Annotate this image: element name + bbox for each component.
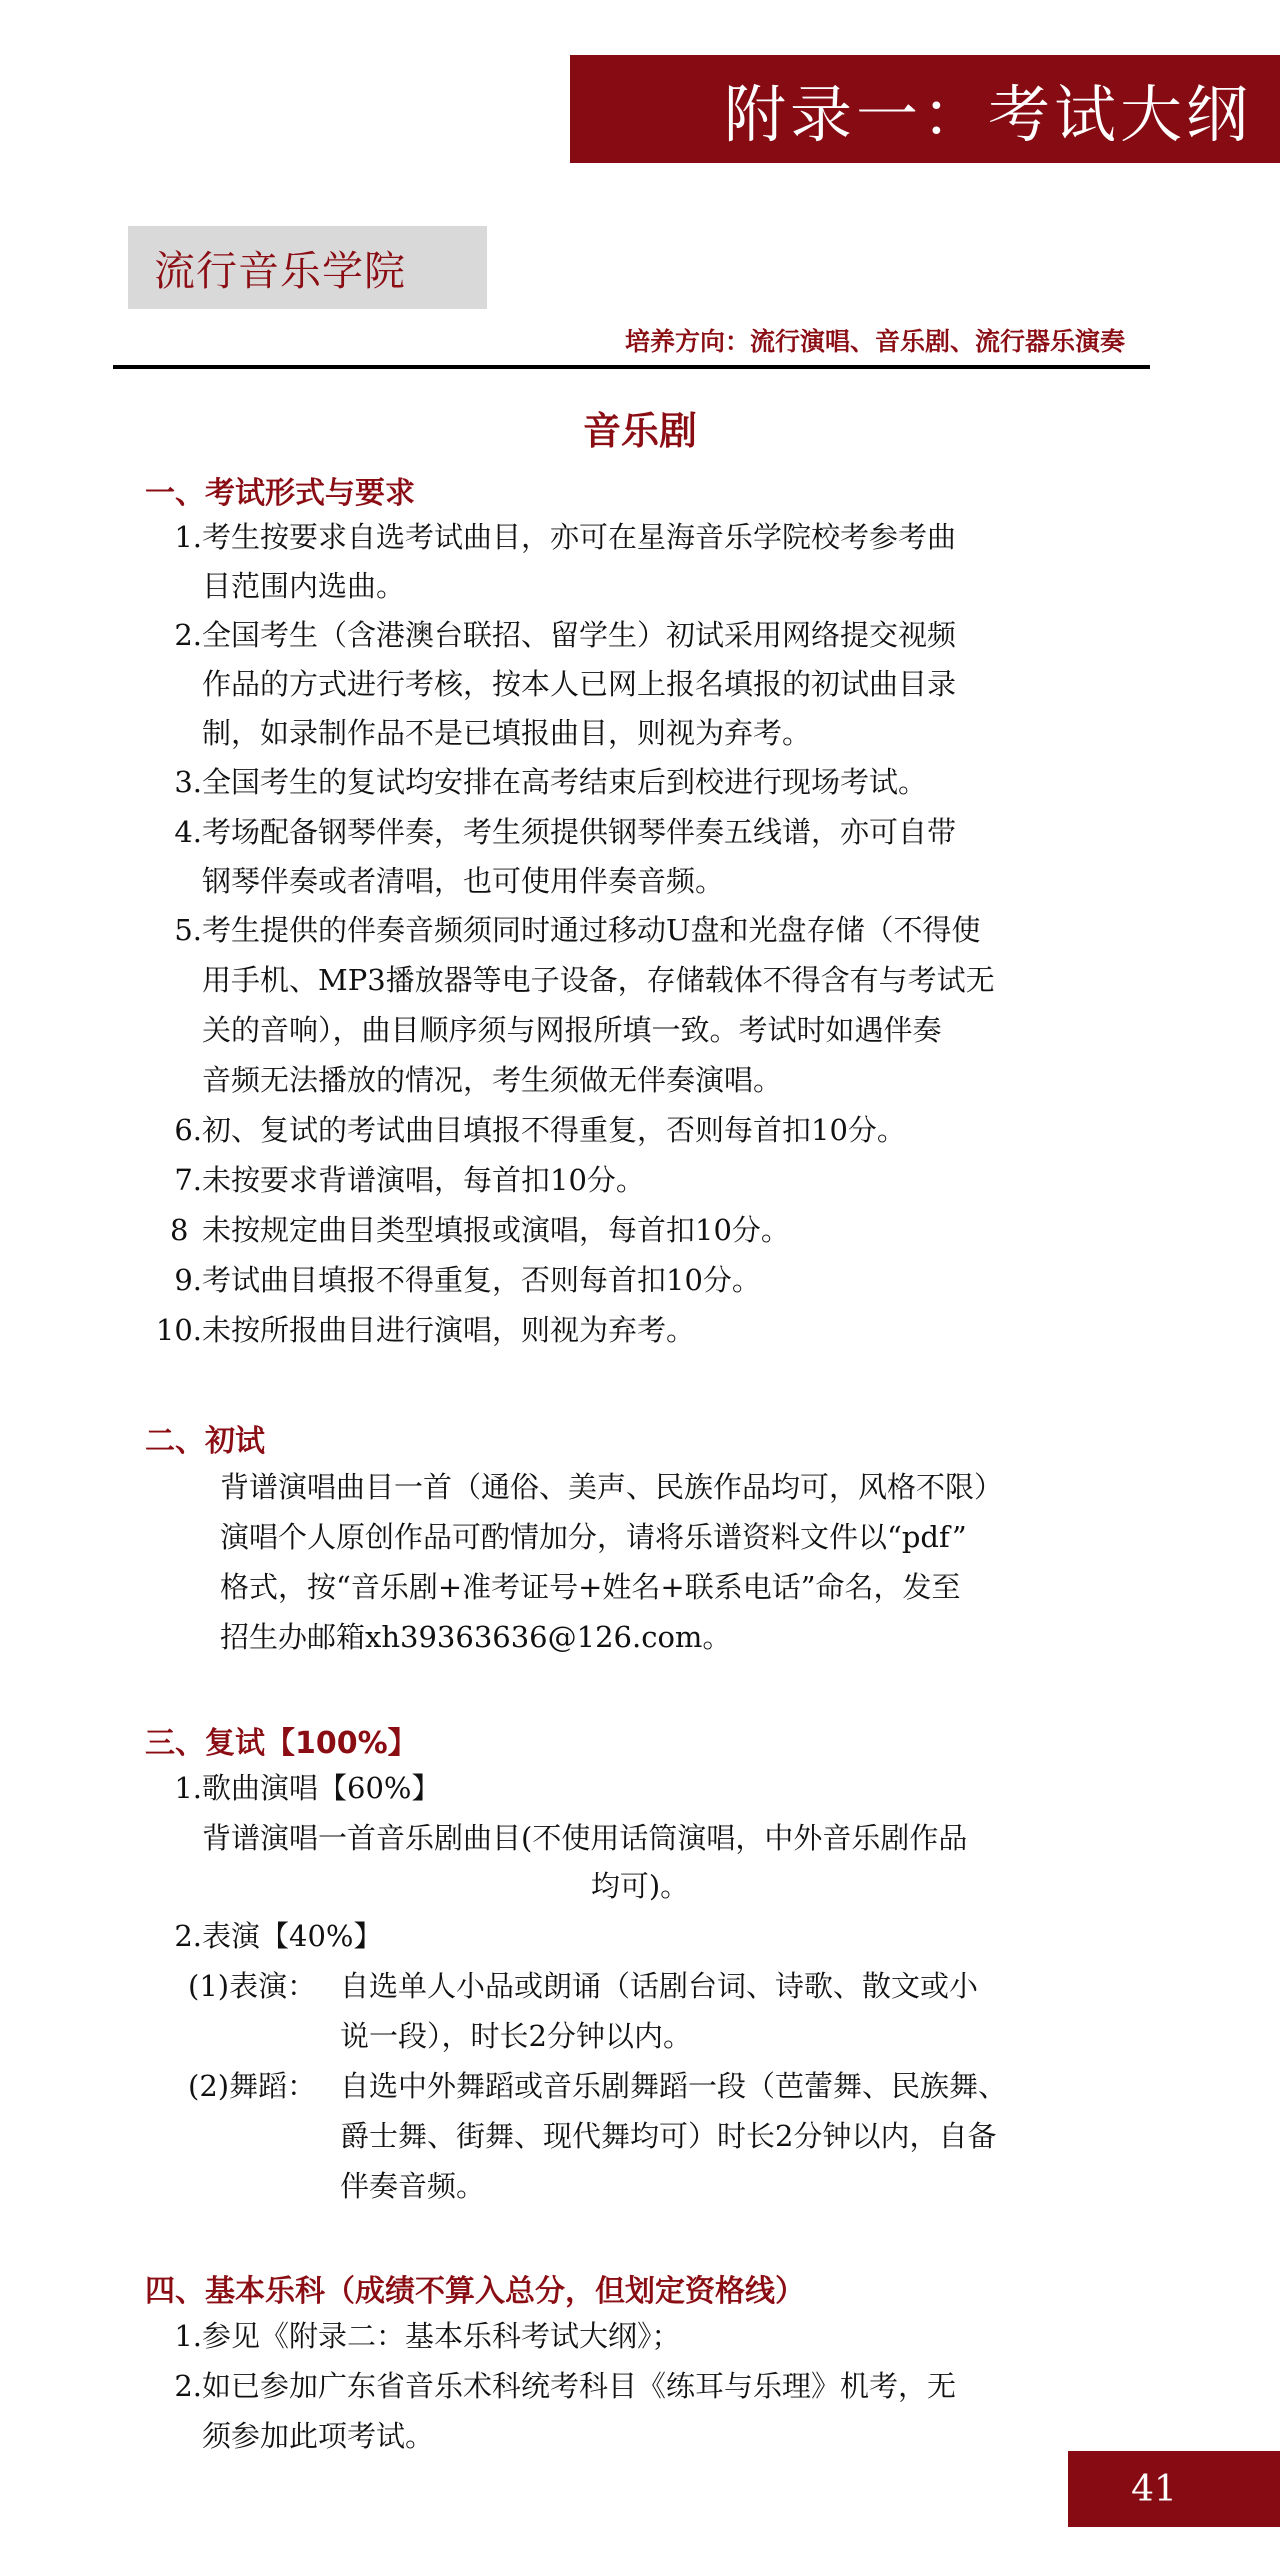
paragraph-line: 格式，按“音乐剧+准考证号+姓名+联系电话”命名，发至: [220, 1567, 961, 1607]
list-item: 3.全国考生的复试均安排在高考结束后到校进行现场考试。: [160, 762, 927, 802]
list-item-continuation: 用手机、MP3播放器等电子设备，存储载体不得含有与考试无: [202, 960, 995, 1000]
subsection-title: 1.歌曲演唱【60%】: [160, 1768, 440, 1808]
paragraph-line: 均可)。: [0, 1866, 1280, 1906]
list-item: 5.考生提供的伴奏音频须同时通过移动U盘和光盘存储（不得使: [160, 910, 980, 950]
sub-item-label: (2)舞蹈：: [188, 2066, 316, 2106]
section-heading-4: 四、基本乐科（成绩不算入总分，但划定资格线）: [145, 2266, 805, 2310]
appendix-banner: 附录一：考试大纲: [570, 55, 1280, 163]
school-name: 流行音乐学院: [154, 238, 406, 297]
list-item: 1.参见《附录二：基本乐科考试大纲》；: [160, 2316, 681, 2356]
list-item-continuation: 钢琴伴奏或者清唱，也可使用伴奏音频。: [202, 861, 724, 901]
list-item: 2.全国考生（含港澳台联招、留学生）初试采用网络提交视频: [160, 615, 956, 655]
list-item-continuation: 制，如录制作品不是已填报曲目，则视为弃考。: [202, 713, 811, 753]
section-heading-1: 一、考试形式与要求: [145, 468, 415, 512]
list-item: 1.考生按要求自选考试曲目，亦可在星海音乐学院校考参考曲: [160, 517, 956, 557]
list-item: 10.未按所报曲目进行演唱，则视为弃考。: [146, 1310, 695, 1350]
sub-item-label: (1)表演：: [188, 1966, 316, 2006]
list-item-continuation: 作品的方式进行考核，按本人已网上报名填报的初试曲目录: [202, 664, 956, 704]
list-item-continuation: 须参加此项考试。: [202, 2416, 434, 2456]
list-item-continuation: 关的音响），曲目顺序须与网报所填一致。考试时如遇伴奏: [202, 1010, 942, 1050]
sub-item-line: 自选单人小品或朗诵（话剧台词、诗歌、散文或小: [340, 1966, 978, 2006]
sub-item-line: 自选中外舞蹈或音乐剧舞蹈一段（芭蕾舞、民族舞、: [340, 2066, 1007, 2106]
major-title: 音乐剧: [0, 400, 1280, 455]
list-item: 2.如已参加广东省音乐术科统考科目《练耳与乐理》机考，无: [160, 2366, 956, 2406]
sub-item-line: 爵士舞、街舞、现代舞均可）时长2分钟以内，自备: [340, 2116, 996, 2156]
list-item-continuation: 音频无法播放的情况，考生须做无伴奏演唱。: [202, 1060, 782, 1100]
sub-item-line: 说一段），时长2分钟以内。: [340, 2016, 692, 2056]
paragraph-line: 背谱演唱曲目一首（通俗、美声、民族作品均可，风格不限）: [220, 1467, 1003, 1507]
list-item: 7.未按要求背谱演唱，每首扣10分。: [160, 1160, 645, 1200]
list-item: 4.考场配备钢琴伴奏，考生须提供钢琴伴奏五线谱，亦可自带: [160, 812, 956, 852]
list-item: 6.初、复试的考试曲目填报不得重复，否则每首扣10分。: [160, 1110, 906, 1150]
paragraph-line: 演唱个人原创作品可酌情加分，请将乐谱资料文件以“pdf”: [220, 1517, 967, 1557]
section-heading-2: 二、初试: [145, 1416, 265, 1460]
section-heading-3: 三、复试【100%】: [145, 1718, 418, 1762]
school-label: 流行音乐学院: [128, 226, 487, 309]
sub-item-line: 伴奏音频。: [340, 2166, 485, 2206]
appendix-title: 附录一：考试大纲: [724, 65, 1252, 154]
header-divider: [113, 365, 1150, 369]
training-direction: 培养方向：流行演唱、音乐剧、流行器乐演奏: [625, 322, 1125, 358]
list-item: 8未按规定曲目类型填报或演唱，每首扣10分。: [160, 1210, 790, 1250]
page-number: 41: [1068, 2451, 1280, 2527]
list-item-continuation: 目范围内选曲。: [202, 566, 405, 606]
email-link[interactable]: 招生办邮箱xh39363636@126.com。: [220, 1620, 731, 1654]
paragraph-line: 背谱演唱一首音乐剧曲目(不使用话筒演唱，中外音乐剧作品: [202, 1818, 967, 1858]
list-item: 9.考试曲目填报不得重复，否则每首扣10分。: [160, 1260, 761, 1300]
paragraph-line: 招生办邮箱xh39363636@126.com。: [220, 1617, 731, 1657]
page-number-label: 41: [1131, 2469, 1177, 2510]
subsection-title: 2.表演【40%】: [160, 1916, 382, 1956]
